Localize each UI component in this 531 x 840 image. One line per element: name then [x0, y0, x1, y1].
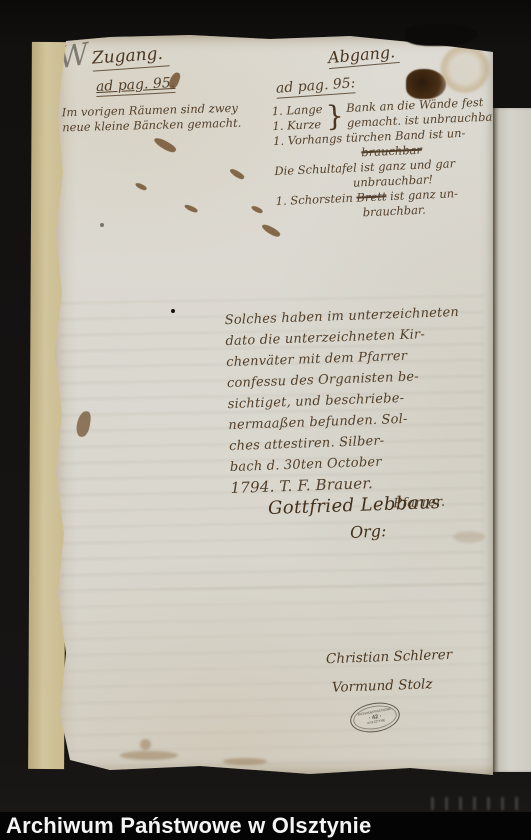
signature-role: Org:: [350, 521, 387, 542]
manuscript-page: W Zugang. ad pag. 95. Im vorigen Räumen …: [50, 33, 493, 776]
ink-spatter: [261, 222, 282, 239]
banner-text: Archiwum Państwowe w Olsztynie: [0, 813, 371, 839]
cover-scratches: [425, 797, 525, 810]
zugang-note: Im vorigen Räumen sind zwey neue kleine …: [62, 101, 242, 136]
abgang-page-ref: ad pag. 95:: [275, 75, 356, 98]
zugang-heading: Zugang.: [91, 43, 169, 71]
abgang-line5-struck: Brett: [356, 189, 387, 204]
binding-edge: [405, 24, 477, 46]
ink-spatter: [153, 135, 178, 155]
ink-dot: [100, 223, 104, 227]
attestation-paragraph: Solches haben im unterzeichneten dato di…: [224, 302, 465, 520]
water-stain: [440, 45, 490, 93]
ink-spatter: [184, 203, 199, 214]
zugang-page-ref: ad pag. 95.: [96, 75, 176, 97]
ink-spatter: [251, 204, 264, 214]
archive-photo: W Zugang. ad pag. 95. Im vorigen Räumen …: [0, 0, 531, 840]
ink-spatter: [168, 71, 182, 90]
archive-banner: Archiwum Państwowe w Olsztynie: [0, 812, 531, 840]
abgang-line5-post: ist ganz un-: [386, 186, 458, 203]
list-brace-glyph: }: [325, 103, 344, 130]
abgang-line5-pre: 1. Schorstein: [275, 191, 356, 209]
page-fold-sliver: [493, 108, 531, 772]
ink-spatter: [135, 181, 148, 191]
ink-spatter: [229, 167, 246, 181]
abgang-list: 1. Lange 1. Kurze } Bank an die Wände fe…: [271, 94, 512, 224]
abgang-heading: Abgang.: [327, 42, 400, 69]
